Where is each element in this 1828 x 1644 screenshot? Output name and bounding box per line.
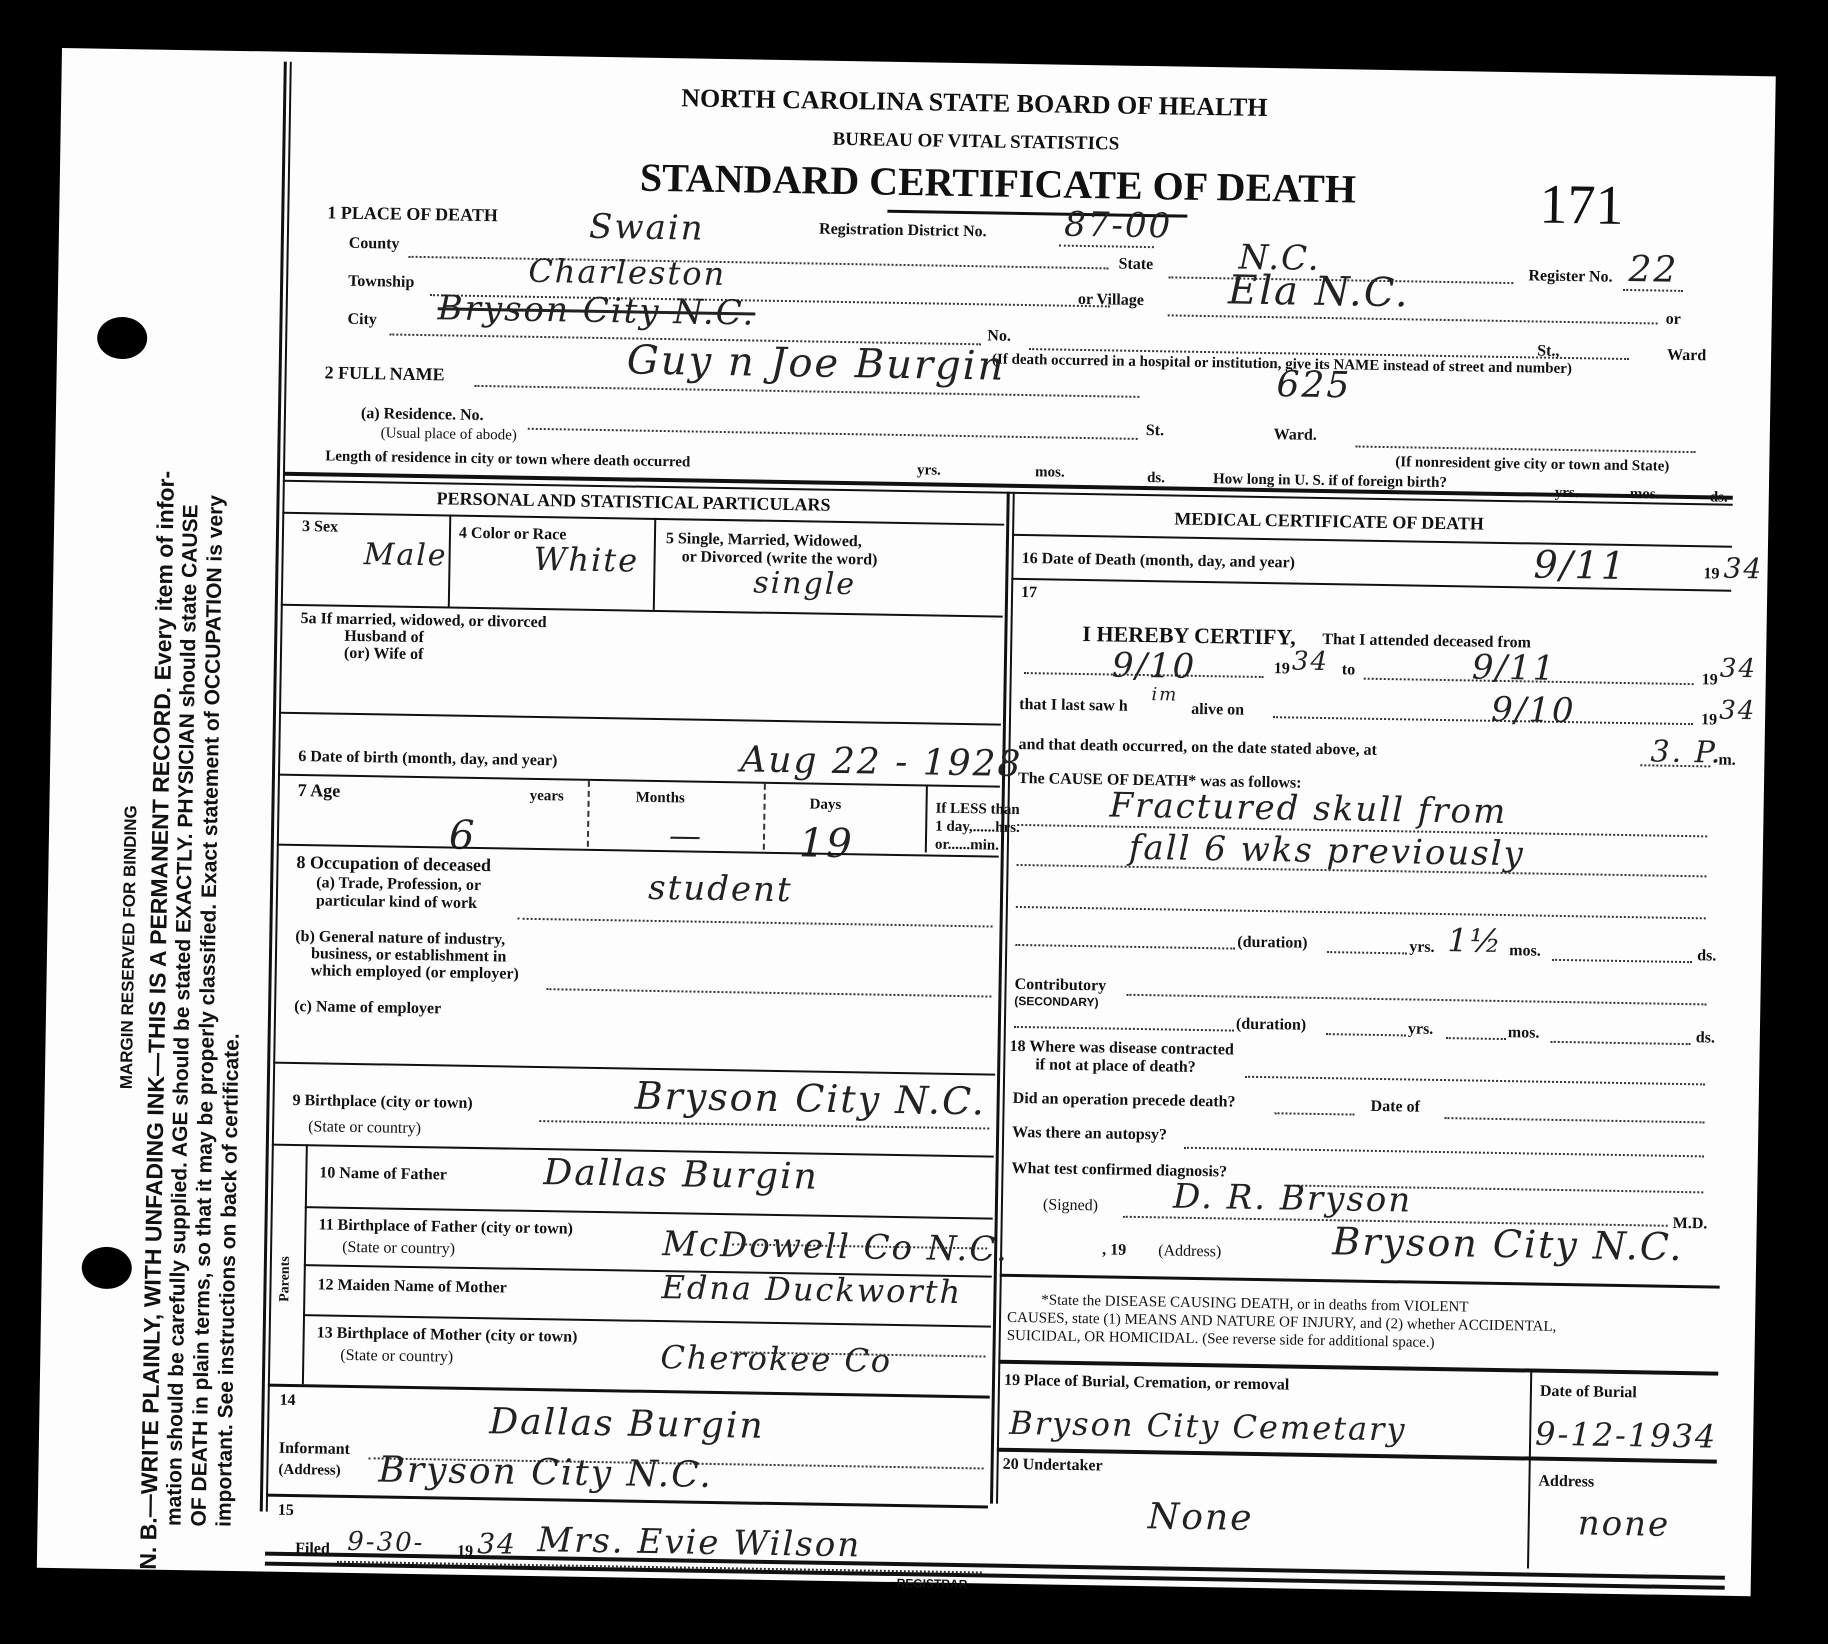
from-year-prefix: 19 xyxy=(1274,660,1290,678)
last-saw-pronoun[interactable]: im xyxy=(1151,684,1178,705)
dod-year-prefix: 19 xyxy=(1703,565,1719,583)
board-title: NORTH CAROLINA STATE BOARD OF HEALTH xyxy=(681,83,1268,123)
to-label: to xyxy=(1342,661,1356,679)
am-pm-label: m. xyxy=(1718,752,1736,770)
village-value[interactable]: Ela N.C. xyxy=(1228,267,1410,316)
ward-label: Ward xyxy=(1667,347,1706,366)
or-village-label: or Village xyxy=(1078,291,1144,310)
autopsy-field[interactable] xyxy=(1184,1147,1704,1158)
personal-heading: PERSONAL AND STATISTICAL PARTICULARS xyxy=(436,488,830,516)
length-residence-label: Length of residence in city or town wher… xyxy=(325,448,690,471)
age-years-value[interactable]: 6 xyxy=(449,813,477,859)
township-value[interactable]: Charleston xyxy=(528,252,726,293)
contracted-label-2: if not at place of death? xyxy=(1035,1056,1196,1077)
punch-hole-bottom xyxy=(81,1246,132,1289)
contributory-duration-label: (duration) xyxy=(1236,1016,1307,1035)
county-value[interactable]: Swain xyxy=(589,207,705,249)
employer-label: (c) Name of employer xyxy=(294,998,441,1018)
filed-number: 15 xyxy=(278,1502,294,1520)
full-name-value[interactable]: Guy n Joe Burgin xyxy=(627,337,1006,389)
contributory-mos: mos. xyxy=(1508,1024,1540,1043)
full-name-label: 2 FULL NAME xyxy=(324,362,444,385)
bureau-title: BUREAU OF VITAL STATISTICS xyxy=(832,129,1119,156)
informant-number: 14 xyxy=(279,1392,295,1410)
city-label: City xyxy=(347,311,377,329)
operation-date-label: Date of xyxy=(1370,1098,1420,1117)
contributory-ds: ds. xyxy=(1696,1029,1715,1047)
register-no-label: Register No. xyxy=(1528,267,1612,286)
father-name-label: 10 Name of Father xyxy=(319,1164,447,1184)
trade-label-2: particular kind of work xyxy=(316,892,477,913)
occupation-label: 8 Occupation of deceased xyxy=(296,852,491,876)
contributory-label: Contributory xyxy=(1014,976,1106,996)
physician-signature[interactable]: D. R. Bryson xyxy=(1173,1177,1413,1221)
mother-name-value[interactable]: Edna Duckworth xyxy=(661,1268,962,1311)
mother-birthplace-label: 13 Birthplace of Mother (city or town) xyxy=(317,1324,578,1346)
age-days-value[interactable]: 19 xyxy=(799,820,855,867)
undertaker-address-label: Address xyxy=(1538,1473,1594,1492)
from-year-value[interactable]: 34 xyxy=(1292,646,1330,677)
informant-address-value[interactable]: Bryson City N.C. xyxy=(378,1449,713,1496)
place-of-death-label: 1 PLACE OF DEATH xyxy=(327,202,498,226)
reg-district-label: Registration District No. xyxy=(819,221,987,242)
burial-date-label: Date of Burial xyxy=(1540,1383,1637,1403)
birthplace-value[interactable]: Bryson City N.C. xyxy=(634,1074,986,1124)
to-year-prefix: 19 xyxy=(1702,671,1718,689)
mother-name-label: 12 Maiden Name of Mother xyxy=(317,1276,507,1297)
father-birthplace-sublabel: (State or country) xyxy=(342,1239,455,1259)
burial-place-value[interactable]: Bryson City Cemetary xyxy=(1009,1404,1407,1449)
less-than-label-2: 1 day,......hrs. xyxy=(935,819,1020,837)
cause-line-3[interactable] xyxy=(1016,906,1706,919)
dob-value[interactable]: Aug 22 - 1928 xyxy=(740,739,1023,785)
date-of-death-label: 16 Date of Death (month, day, and year) xyxy=(1022,550,1296,573)
full-name-annotation: 625 xyxy=(1276,364,1351,406)
autopsy-label: Was there an autopsy? xyxy=(1012,1124,1167,1145)
burial-place-label: 19 Place of Burial, Cremation, or remova… xyxy=(1004,1372,1290,1395)
age-label: 7 Age xyxy=(298,780,341,802)
father-birthplace-label: 11 Birthplace of Father (city or town) xyxy=(318,1216,573,1238)
parents-label: Parents xyxy=(277,1256,294,1302)
county-label: County xyxy=(349,235,400,254)
undertaker-address-value[interactable]: none xyxy=(1577,1503,1670,1545)
age-months-value[interactable]: — xyxy=(669,816,704,855)
sex-label: 3 Sex xyxy=(302,518,338,537)
registrar-label: REGISTRAR xyxy=(897,1576,968,1591)
operation-label: Did an operation precede death? xyxy=(1013,1090,1236,1112)
mother-birthplace-sublabel: (State or country) xyxy=(340,1347,453,1367)
cause-duration-mos: mos. xyxy=(1509,942,1541,961)
physician-address-label: (Address) xyxy=(1158,1242,1221,1261)
nonresident-note: (If nonresident give city or town and St… xyxy=(1395,454,1669,476)
dob-label: 6 Date of birth (month, day, and year) xyxy=(298,748,557,770)
attended-from-value[interactable]: 9/10 xyxy=(1112,645,1197,686)
residence-label: (a) Residence. No. xyxy=(361,405,484,425)
residence-sublabel: (Usual place of abode) xyxy=(381,425,517,444)
cause-duration-yrs: yrs. xyxy=(1409,938,1435,956)
informant-value[interactable]: Dallas Burgin xyxy=(489,1401,765,1447)
city-value-struck[interactable]: Bryson City N.C. xyxy=(437,288,755,333)
residence-ward-label: Ward. xyxy=(1274,426,1317,445)
cause-duration-label: (duration) xyxy=(1237,934,1308,953)
register-no-value[interactable]: 22 xyxy=(1628,249,1678,291)
certificate-title: STANDARD CERTIFICATE OF DEATH xyxy=(640,154,1357,213)
residence-st-label: St. xyxy=(1146,422,1165,440)
industry-label-3: which employed (or employer) xyxy=(311,962,519,983)
industry-field[interactable] xyxy=(546,988,991,997)
contracted-field[interactable] xyxy=(1245,1076,1705,1086)
death-occurred-label: and that death occurred, on the date sta… xyxy=(1018,736,1377,760)
signed-year-label: , 19 xyxy=(1102,1241,1126,1259)
undertaker-label: 20 Undertaker xyxy=(1002,1456,1102,1476)
less-than-label-3: or......min. xyxy=(935,837,999,855)
physician-address-value[interactable]: Bryson City N.C. xyxy=(1332,1219,1684,1269)
last-saw-year-prefix: 19 xyxy=(1701,711,1717,729)
burial-date-value[interactable]: 9-12-1934 xyxy=(1535,1415,1718,1456)
date-of-death-value[interactable]: 9/11 xyxy=(1533,542,1627,588)
length-mos: mos. xyxy=(1035,464,1065,481)
last-saw-year-value[interactable]: 34 xyxy=(1719,696,1757,727)
alive-on-label: alive on xyxy=(1191,701,1244,720)
cause-duration-mos-value[interactable]: 1½ xyxy=(1447,921,1503,960)
length-yrs: yrs. xyxy=(917,462,941,479)
certificate-paper: MARGIN RESERVED FOR BINDING N. B.—WRITE … xyxy=(37,48,1776,1596)
last-saw-date-value[interactable]: 9/10 xyxy=(1491,690,1576,731)
item-17-number: 17 xyxy=(1021,584,1037,602)
or-label: or xyxy=(1666,311,1681,329)
last-saw-label: that I last saw h xyxy=(1019,696,1128,716)
medical-heading: MEDICAL CERTIFICATE OF DEATH xyxy=(1174,509,1484,535)
informant-address-label: (Address) xyxy=(278,1462,341,1480)
street-st-label: St., xyxy=(1537,343,1560,361)
marital-value[interactable]: single xyxy=(753,566,856,603)
sex-value[interactable]: Male xyxy=(363,537,448,573)
undertaker-value[interactable]: None xyxy=(1147,1496,1253,1539)
spouse-label-3: (or) Wife of xyxy=(344,645,424,664)
race-value[interactable]: White xyxy=(533,540,639,580)
signed-label: (Signed) xyxy=(1043,1196,1098,1215)
informant-label: Informant xyxy=(279,1440,350,1459)
certificate-number: 171 xyxy=(1539,173,1624,238)
contributory-field[interactable] xyxy=(1126,994,1706,1006)
trade-value[interactable]: student xyxy=(648,868,793,910)
mother-birthplace-value[interactable]: Cherokee Co xyxy=(660,1338,892,1380)
length-ds: ds. xyxy=(1147,470,1165,487)
township-label: Township xyxy=(348,273,414,292)
reg-district-value[interactable]: 87-00 xyxy=(1064,205,1173,247)
birthplace-label: 9 Birthplace (city or town) xyxy=(292,1092,472,1113)
less-than-label-1: If LESS than xyxy=(935,801,1019,819)
attended-to-value[interactable]: 9/11 xyxy=(1472,647,1557,688)
cause-line-1[interactable]: Fractured skull from xyxy=(1109,785,1507,832)
father-name-value[interactable]: Dallas Burgin xyxy=(543,1152,819,1198)
death-time-value[interactable]: 3. P. xyxy=(1650,734,1722,770)
age-years-label: years xyxy=(530,788,564,806)
punch-hole-top xyxy=(97,317,148,360)
contributory-yrs: yrs. xyxy=(1408,1020,1434,1038)
age-months-label: Months xyxy=(636,790,685,808)
dod-year-value[interactable]: 34 xyxy=(1723,552,1763,586)
age-days-label: Days xyxy=(809,796,841,814)
cause-duration-ds: ds. xyxy=(1697,947,1716,965)
state-label: State xyxy=(1118,256,1153,275)
binding-note: MARGIN RESERVED FOR BINDING xyxy=(117,805,142,1089)
to-year-value[interactable]: 34 xyxy=(1720,654,1758,685)
secondary-label: (SECONDARY) xyxy=(1014,994,1098,1009)
birthplace-sublabel: (State or country) xyxy=(308,1118,421,1138)
